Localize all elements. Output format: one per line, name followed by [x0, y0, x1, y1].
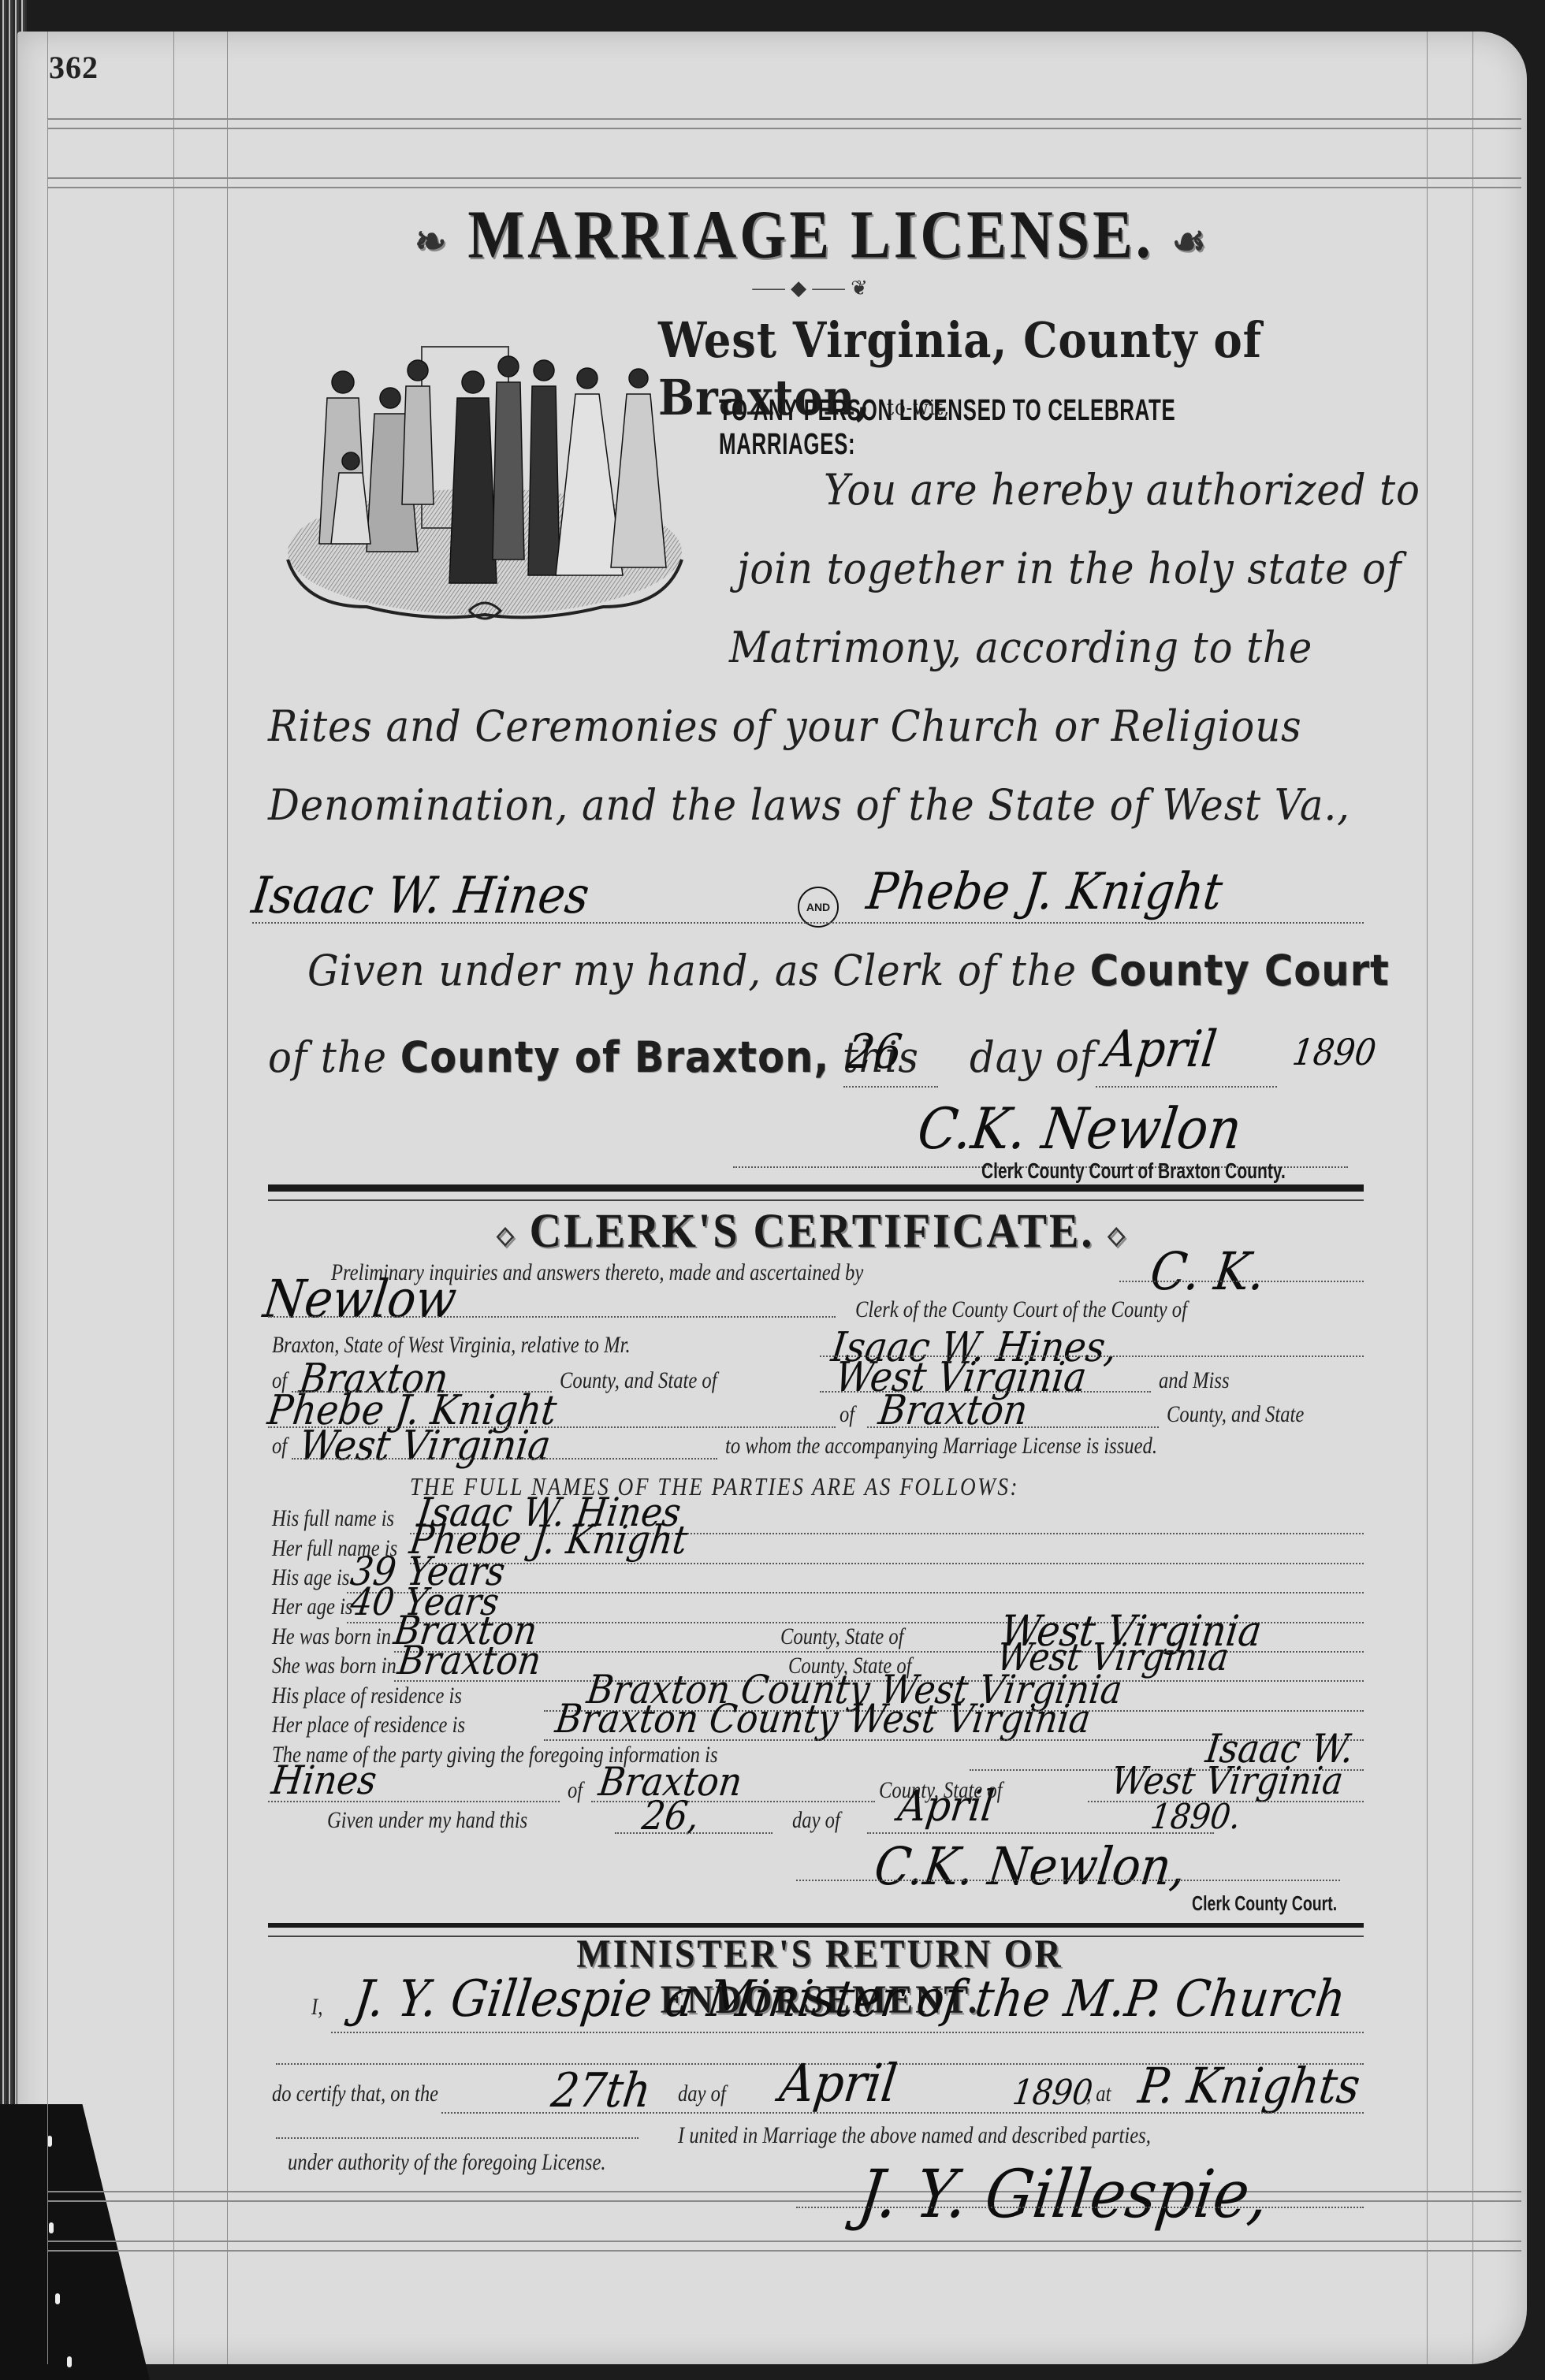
field-label: His full name is [272, 1505, 394, 1532]
license-body-line-2: join together in the holy state of [737, 544, 1402, 593]
clerks-certificate-title: ◇ CLERK'S CERTIFICATE. ◇ [473, 1203, 1151, 1259]
ascertained-by-1: C. K. [1147, 1241, 1268, 1302]
bride-state: West Virginia [296, 1422, 553, 1470]
clerk-title: Clerk County Court of Braxton County. [981, 1158, 1286, 1184]
minister-line: J. Y. Gillespie a Minister of the M.P. C… [351, 1970, 1349, 2029]
form-line [331, 2032, 1364, 2033]
ledger-rule [47, 177, 1521, 188]
field-label: His place of residence is [272, 1683, 462, 1709]
her-birth-county: Braxton [395, 1638, 543, 1683]
bride-name: Phebe J. Knight [863, 863, 1225, 921]
informant-name-2: Hines [269, 1757, 379, 1803]
month-line [1096, 1086, 1277, 1088]
of-label: of [568, 1777, 583, 1804]
field-label: Her place of residence is [272, 1712, 465, 1739]
field-label: He was born in [272, 1623, 391, 1650]
diamond-left-icon: ◇ [497, 1222, 516, 1249]
license-title-text: MARRIAGE LICENSE. [467, 197, 1153, 273]
field-label: His age is [272, 1564, 349, 1591]
license-month: April [1100, 1021, 1219, 1079]
signature-line [796, 2207, 1364, 2208]
county-court-text: County Court [1090, 946, 1390, 995]
margin-line [173, 32, 174, 2364]
clerk-signature: C.K. Newlon [914, 1095, 1245, 1162]
wedding-ceremony-engraving-icon [272, 323, 698, 630]
license-body-line-1: You are hereby authorized to [824, 465, 1420, 515]
at-label: , at [1086, 2081, 1111, 2107]
license-body-line-3: Matrimony, according to the [729, 623, 1312, 672]
certify-label: do certify that, on the [272, 2081, 438, 2107]
ledger-rule [47, 2241, 1521, 2252]
day-line [843, 1086, 938, 1088]
flourish-right-icon: ☙ [1172, 218, 1209, 266]
issued-text: to whom the accompanying Marriage Licens… [725, 1433, 1157, 1460]
ledger-rule [47, 118, 1521, 129]
form-line [268, 1316, 836, 1318]
form-line [867, 1832, 1214, 1834]
her-residence: Braxton County West Virginia [553, 1696, 1093, 1742]
county-state-label: County, and State of [560, 1367, 717, 1394]
margin-line [47, 32, 48, 2364]
of-label: of [840, 1401, 854, 1428]
ceremony-day: 27th [549, 2063, 654, 2118]
field-mid-label: County, State of [780, 1623, 903, 1650]
form-line [276, 2137, 638, 2139]
signature-line [796, 1880, 1340, 1881]
section-divider [268, 1184, 1364, 1201]
form-line [441, 2112, 1364, 2114]
form-line [591, 1801, 875, 1802]
license-year: 1890 [1290, 1031, 1379, 1073]
margin-line [227, 32, 228, 2364]
names-line [252, 922, 1364, 924]
county-date-line: of the County of Braxton, this [268, 1032, 919, 1082]
given-prefix: Given under my hand, as Clerk of the [307, 946, 1077, 995]
ceremony-day-of-label: day of [678, 2081, 726, 2107]
given-under-hand: Given under my hand, as Clerk of the Cou… [307, 946, 1390, 995]
form-line [410, 1563, 1364, 1564]
cert-day-of-label: day of [792, 1807, 840, 1834]
cert-clerk-title: Clerk County Court. [1192, 1891, 1337, 1916]
cert-clerk-signature: C.K. Newlon, [871, 1836, 1189, 1897]
clerk-of-county-text: Clerk of the County Court of the County … [855, 1296, 1187, 1323]
of-the-text: of the [268, 1032, 387, 1082]
form-line [1119, 1281, 1364, 1282]
form-line [615, 1832, 772, 1834]
ceremony-place: P. Knights [1135, 2057, 1363, 2114]
license-body-line-4: Rites and Ceremonies of your Church or R… [268, 701, 1302, 751]
county-of-braxton-text: County of Braxton, [400, 1032, 829, 1082]
minister-signature: J. Y. Gillespie, [854, 2155, 1273, 2233]
margin-line [1472, 32, 1473, 2364]
ornamental-divider-icon: ⸺◆⸺❦ [638, 272, 985, 296]
field-label: Her age is [272, 1593, 352, 1620]
clerks-certificate-title-text: CLERK'S CERTIFICATE. [530, 1204, 1095, 1258]
form-line [867, 1426, 1159, 1428]
and-label: AND [806, 901, 830, 913]
county-state-label-2: County, and State [1167, 1401, 1304, 1428]
day-of-label: day of [970, 1032, 1095, 1082]
ceremony-year: 1890 [1011, 2073, 1095, 2113]
ascertained-by-2: Newlow [260, 1269, 460, 1329]
given-under-label: Given under my hand this [327, 1807, 527, 1834]
field-label: She was born in [272, 1653, 396, 1679]
i-label: I, [311, 1994, 322, 2021]
license-title: ❧ MARRIAGE LICENSE. ☙ [363, 195, 1261, 274]
page-number: 362 [49, 49, 99, 86]
form-line [292, 1458, 717, 1460]
united-text: I united in Marriage the above named and… [678, 2122, 1151, 2149]
flourish-left-icon: ❧ [415, 218, 449, 266]
ledger-rule [47, 2191, 1521, 2202]
addressee-heading: TO ANY PERSON LICENSED TO CELEBRATE MARR… [719, 394, 1281, 462]
license-day: 26 [844, 1025, 906, 1080]
license-body-line-5: Denomination, and the laws of the State … [268, 780, 1350, 830]
ceremony-month: April [776, 2053, 900, 2114]
diamond-right-icon: ◇ [1108, 1222, 1127, 1249]
authority-text: under authority of the foregoing License… [288, 2149, 606, 2176]
cert-month: April [895, 1781, 996, 1831]
form-line [268, 1801, 560, 1802]
relative-to-text: Braxton, State of West Virginia, relativ… [272, 1332, 631, 1359]
of-label: of [272, 1433, 287, 1460]
groom-name: Isaac W. Hines [248, 867, 592, 925]
and-miss-label: and Miss [1159, 1367, 1230, 1394]
cert-year: 1890. [1149, 1797, 1243, 1837]
